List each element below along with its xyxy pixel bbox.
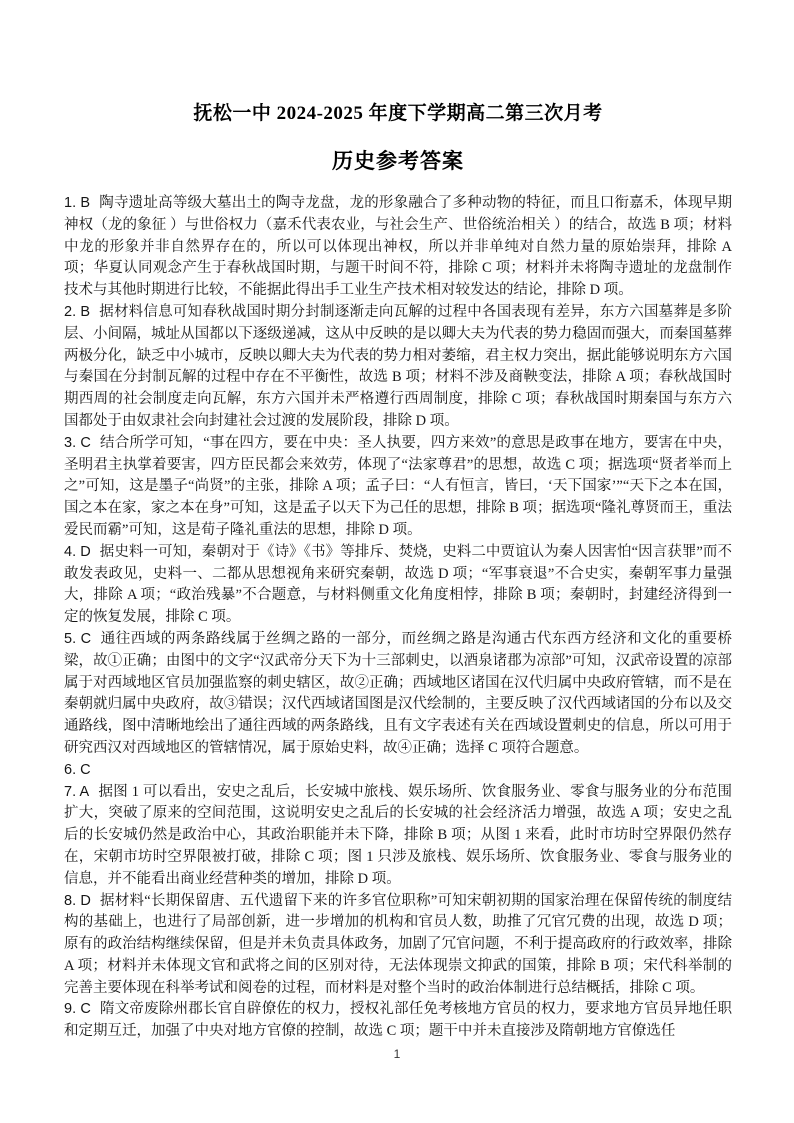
page-number: 1 — [0, 1047, 794, 1061]
answer-label: 3. C — [64, 435, 91, 451]
answer-item-9: 9. C隋文帝废除州郡长官自辟僚佐的权力，授权礼部任免考核地方官员的权力，要求地… — [64, 999, 732, 1043]
answer-item-4: 4. D据史料一可知，秦朝对于《诗》《书》等排斥、焚烧，史料二中贾谊认为秦人因害… — [64, 542, 732, 629]
answer-item-5: 5. C通往西域的两条路线属于丝绸之路的一部分，而丝绸之路是沟通古代东西方经济和… — [64, 629, 732, 760]
answer-explanation: 据史料一可知，秦朝对于《诗》《书》等排斥、焚烧，史料二中贾谊认为秦人因害怕“因言… — [64, 544, 732, 625]
answer-label: 2. B — [64, 304, 90, 320]
answer-explanation: 据材料“长期保留唐、五代遗留下来的许多官位职称”可知宋朝初期的国家治理在保留传统… — [64, 893, 732, 996]
document-page: 抚松一中 2024-2025 年度下学期高二第三次月考 历史参考答案 1. B陶… — [0, 0, 794, 1123]
document-title: 抚松一中 2024-2025 年度下学期高二第三次月考 — [64, 98, 732, 125]
answer-item-2: 2. B据材料信息可知春秋战国时期分封制逐渐走向瓦解的过程中各国表现有差异，东方… — [64, 302, 732, 433]
answer-explanation: 结合所学可知，“事在四方，要在中央：圣人执要，四方来效”的意思是政事在地方，要害… — [64, 435, 732, 538]
answer-item-7: 7. A据图 1 可以看出，安史之乱后，长安城中旅栈、娱乐场所、饮食服务业、零食… — [64, 782, 732, 891]
answer-item-6: 6. C — [64, 760, 732, 782]
answer-explanation: 据图 1 可以看出，安史之乱后，长安城中旅栈、娱乐场所、饮食服务业、零食与服务业… — [64, 784, 732, 887]
answer-label: 1. B — [64, 195, 90, 211]
answer-label: 7. A — [64, 784, 89, 800]
answer-item-8: 8. D据材料“长期保留唐、五代遗留下来的许多官位职称”可知宋朝初期的国家治理在… — [64, 891, 732, 1000]
answer-label: 5. C — [64, 631, 91, 647]
answer-explanation: 据材料信息可知春秋战国时期分封制逐渐走向瓦解的过程中各国表现有差异，东方六国墓葬… — [64, 304, 732, 429]
answer-explanation: 隋文帝废除州郡长官自辟僚佐的权力，授权礼部任免考核地方官员的权力，要求地方官员异… — [64, 1001, 732, 1039]
answer-label: 4. D — [64, 544, 91, 560]
answer-item-1: 1. B陶寺遗址高等级大墓出土的陶寺龙盘，龙的形象融合了多种动物的特征，而且口衔… — [64, 193, 732, 302]
answer-label: 9. C — [64, 1001, 91, 1017]
answer-explanation: 通往西域的两条路线属于丝绸之路的一部分，而丝绸之路是沟通古代东西方经济和文化的重… — [64, 631, 732, 756]
answer-label: 8. D — [64, 893, 91, 909]
answers-list: 1. B陶寺遗址高等级大墓出土的陶寺龙盘，龙的形象融合了多种动物的特征，而且口衔… — [64, 193, 732, 1043]
answer-explanation: 陶寺遗址高等级大墓出土的陶寺龙盘，龙的形象融合了多种动物的特征，而且口衔嘉禾，体… — [64, 195, 732, 298]
answer-label: 6. C — [64, 762, 91, 778]
answer-item-3: 3. C结合所学可知，“事在四方，要在中央：圣人执要，四方来效”的意思是政事在地… — [64, 433, 732, 542]
document-subtitle: 历史参考答案 — [64, 145, 732, 175]
